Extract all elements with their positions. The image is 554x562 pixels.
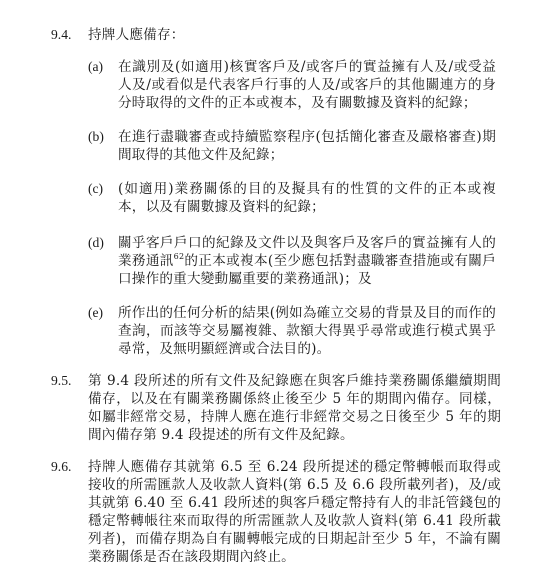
clause-number: 9.5. [51,372,87,390]
item-label: (e) [88,304,118,322]
clause-text: 持牌人應備存其就第 6.5 至 6.24 段所提述的穩定幣轉帳而取得或接收的所需… [88,458,501,562]
clause-9-4-item-e: (e) 所作出的任何分析的結果(例如為確立交易的背景及目的而作的查詢，而該等交易… [88,304,496,358]
clause-9-4-item-b: (b) 在進行盡職審查或持續監察程序(包括簡化審查及嚴格審查)期間取得的其他文件… [88,128,496,164]
item-text: 關乎客戶戶口的紀錄及文件以及與客戶及客戶的實益擁有人的業務通訊62的正本或複本(… [118,234,496,288]
footnote-reference[interactable]: 62 [174,252,185,261]
document-page: 9.4. 持牌人應備存： (a) 在識別及(如適用)核實客戶及/或客戶的實益擁有… [0,0,554,562]
clause-9-5: 9.5. 第 9.4 段所述的所有文件及紀錄應在與客戶維持業務關係繼續期間備存，… [51,372,501,444]
item-text: 在進行盡職審查或持續監察程序(包括簡化審查及嚴格審查)期間取得的其他文件及紀錄； [118,128,496,164]
clause-9-4-item-d: (d) 關乎客戶戶口的紀錄及文件以及與客戶及客戶的實益擁有人的業務通訊62的正本… [88,234,496,288]
item-text: 在識別及(如適用)核實客戶及/或客戶的實益擁有人及/或受益人及/或看似是代表客戶… [118,58,496,112]
clause-9-4-item-c: (c) (如適用)業務關係的目的及擬具有的性質的文件的正本或複本，以及有關數據及… [88,180,496,216]
item-text: (如適用)業務關係的目的及擬具有的性質的文件的正本或複本，以及有關數據及資料的紀… [118,180,496,216]
item-label: (b) [88,128,118,146]
clause-text: 第 9.4 段所述的所有文件及紀錄應在與客戶維持業務關係繼續期間備存，以及在有關… [88,372,501,444]
clause-9-4: 9.4. 持牌人應備存： [51,26,501,44]
item-label: (c) [88,180,118,198]
item-label: (a) [88,58,118,76]
clause-9-4-item-a: (a) 在識別及(如適用)核實客戶及/或客戶的實益擁有人及/或受益人及/或看似是… [88,58,496,112]
item-text: 所作出的任何分析的結果(例如為確立交易的背景及目的而作的查詢，而該等交易屬複雜、… [118,304,496,358]
item-label: (d) [88,234,118,252]
clause-9-6: 9.6. 持牌人應備存其就第 6.5 至 6.24 段所提述的穩定幣轉帳而取得或… [51,458,501,562]
clause-number: 9.4. [51,26,87,44]
clause-number: 9.6. [51,458,87,476]
clause-text: 持牌人應備存： [88,26,501,44]
